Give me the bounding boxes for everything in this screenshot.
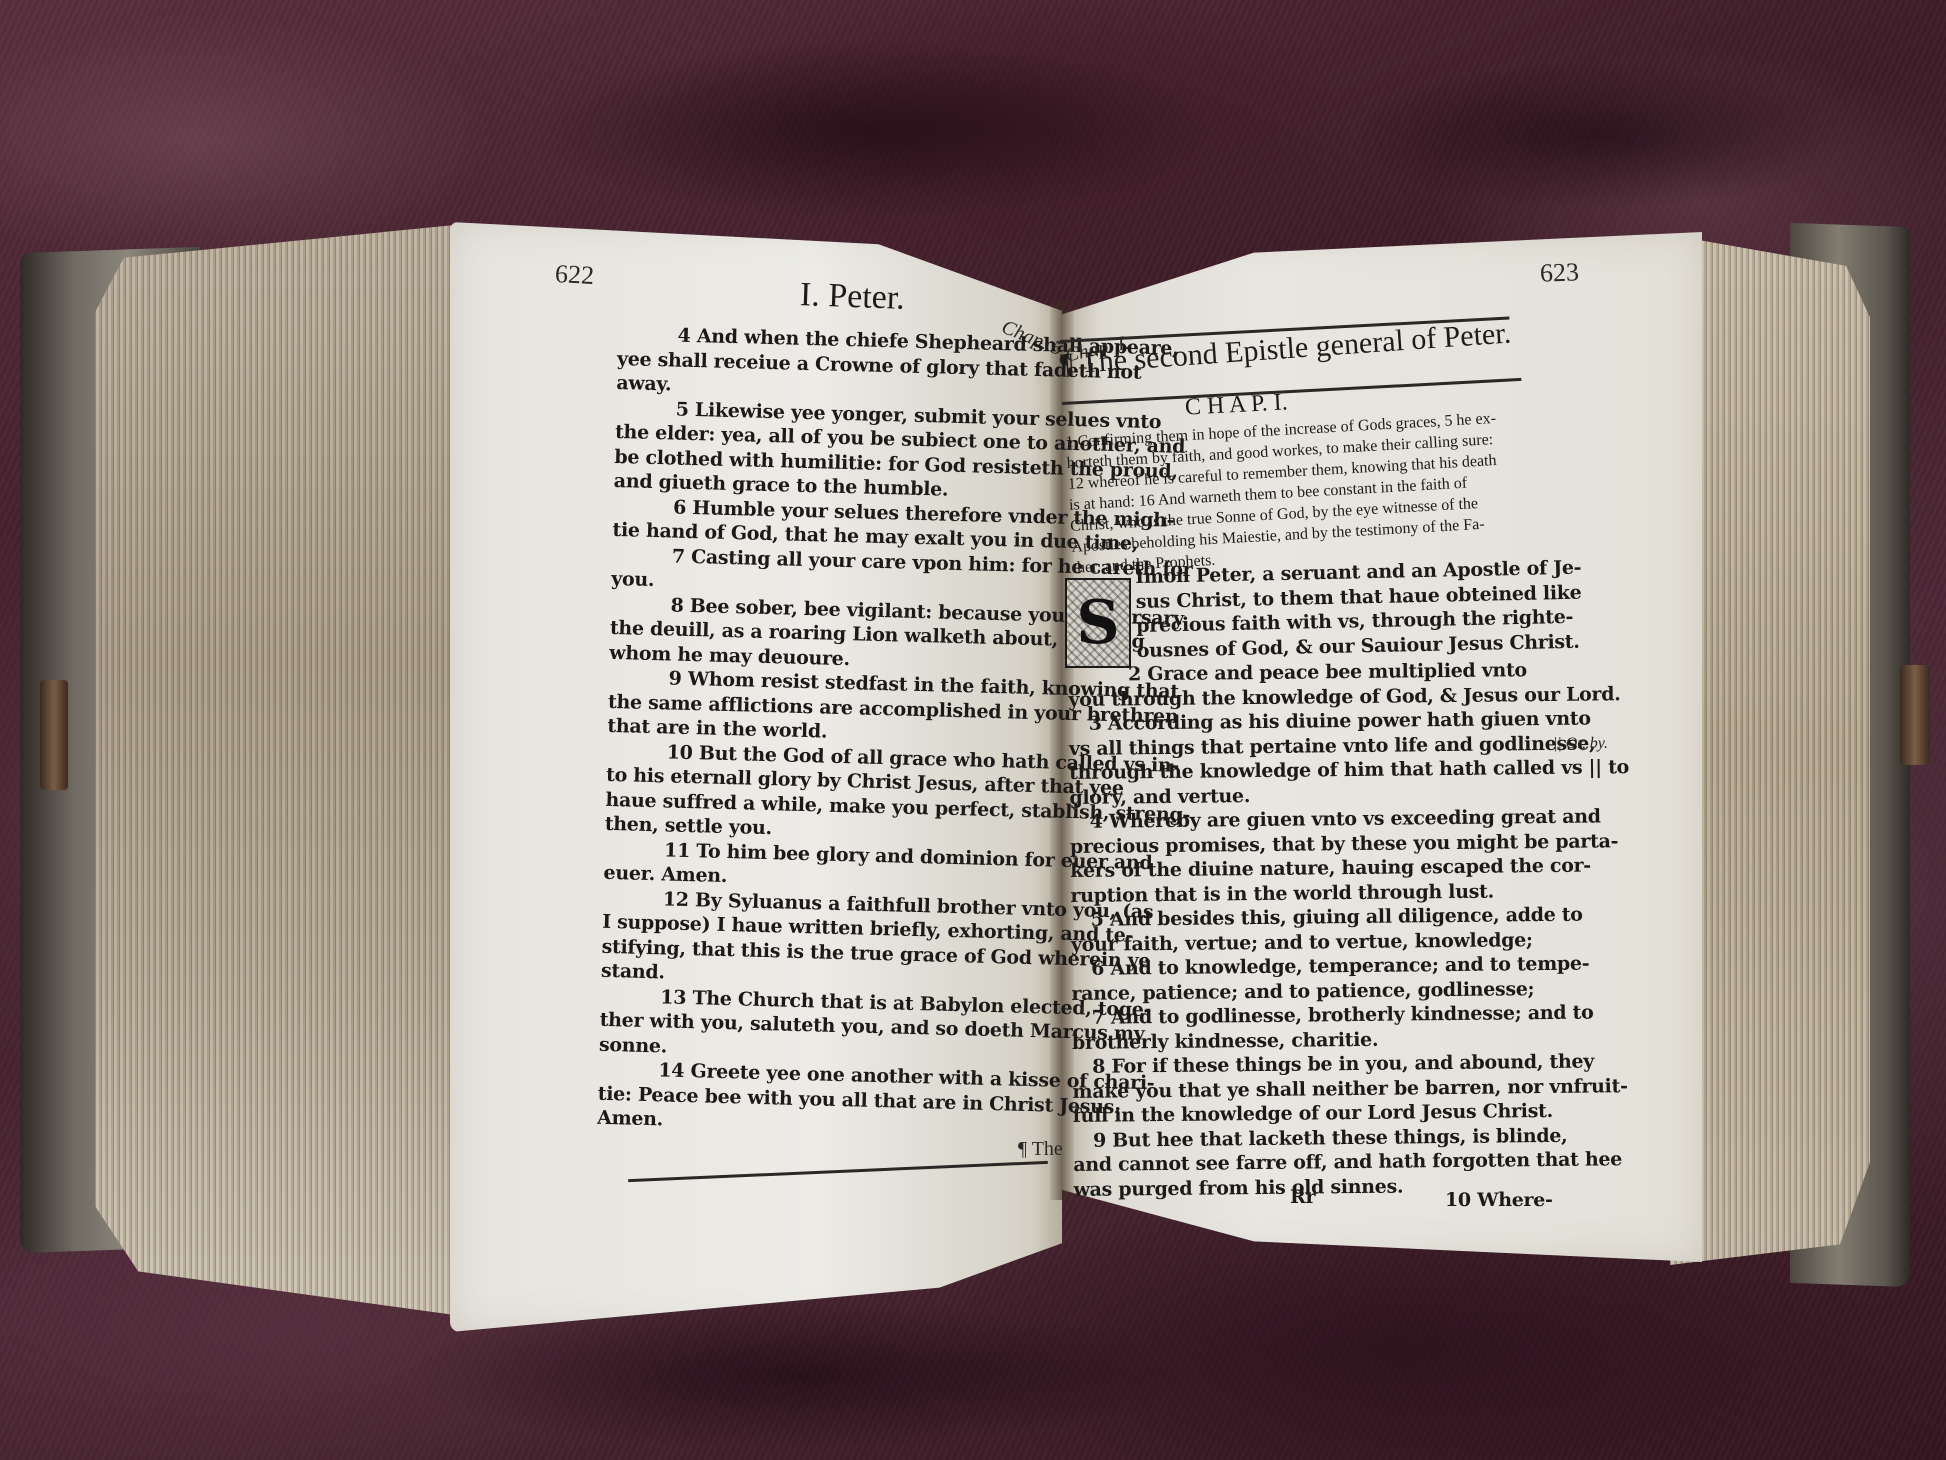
right-catchword: 10 Where- [1445, 1188, 1553, 1213]
clasp-left [40, 680, 68, 790]
drop-cap-text: Imon Peter, a seruant and an Apostle of … [1135, 556, 1557, 663]
signature-mark: Rr [1290, 1185, 1315, 1210]
left-page-number: 622 [554, 259, 595, 291]
chapter-summary: 1 Confirming them in hope of the increas… [1065, 405, 1552, 579]
verse-line: through the knowledge of him that hath c… [1069, 756, 1569, 786]
margin-note: || Or, by. [1553, 735, 1608, 753]
chapter-heading: C H A P. I. [1184, 389, 1288, 421]
ornamental-drop-cap: S [1065, 578, 1131, 668]
clasp-right [1900, 665, 1930, 765]
verse-line: and cannot see farre off, and hath forgo… [1073, 1148, 1573, 1178]
velvet-fold [520, 40, 1220, 220]
left-page-text: 4 And when the chiefe Shepheard shall ap… [597, 322, 1058, 1142]
page-edges-left [95, 225, 455, 1315]
left-catchword: ¶ The [1018, 1138, 1063, 1161]
right-page-number: 623 [1539, 257, 1579, 288]
verse-line: kers of the diuine nature, hauing escape… [1070, 854, 1570, 884]
velvet-fold [1350, 60, 1850, 210]
right-page-text: 2 Grace and peace bee multiplied vnto yo… [1068, 658, 1574, 1202]
left-running-head: I. Peter. [799, 276, 905, 318]
verse-line: 7 And to godlinesse, brotherly kindnesse… [1072, 1001, 1572, 1031]
